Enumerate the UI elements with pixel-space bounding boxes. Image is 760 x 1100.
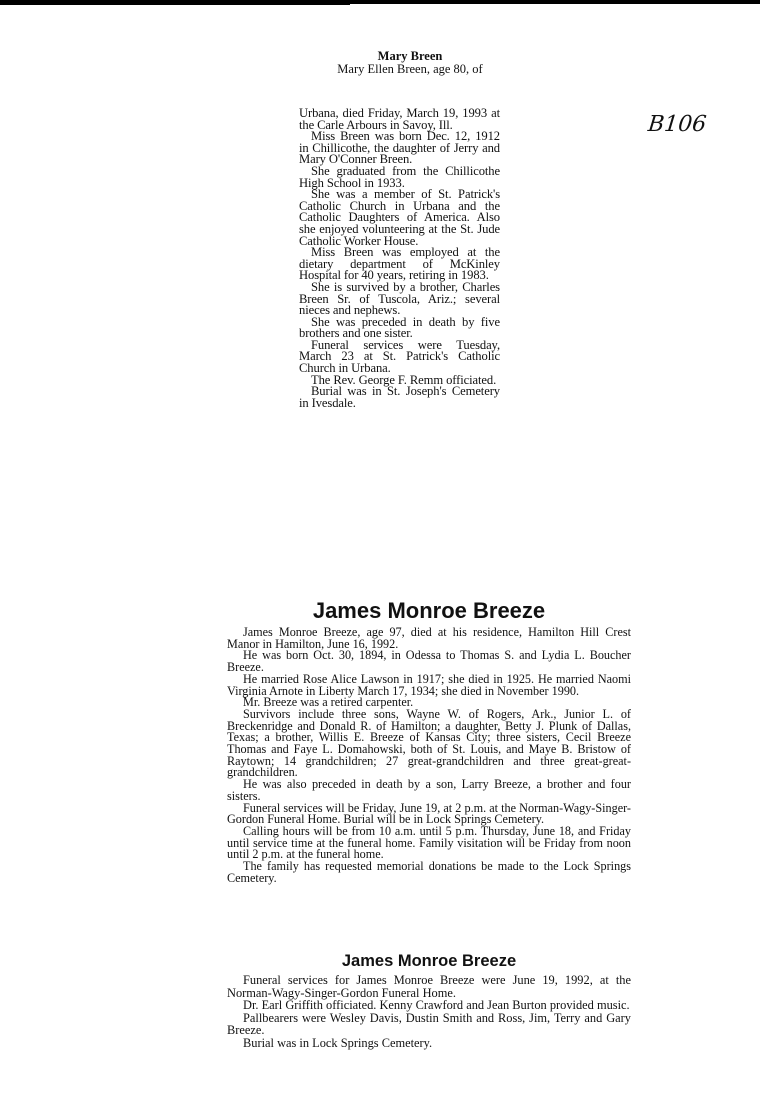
obituary-paragraph: She was a member of St. Patrick's Cathol… (299, 189, 500, 247)
obituary-paragraph: Burial was in St. Joseph's Cemetery in I… (299, 386, 500, 409)
obituary-paragraph: The family has requested memorial donati… (227, 861, 631, 884)
scan-border-segment (500, 0, 760, 3)
funeral-notice-headline: James Monroe Breeze (227, 951, 631, 971)
obituary-paragraph: Funeral services were Tuesday, March 23 … (299, 340, 500, 375)
obituary-paragraph: Calling hours will be from 10 a.m. until… (227, 826, 631, 861)
obituary-paragraph: He was also preceded in death by a son, … (227, 779, 631, 802)
obituary-paragraph: Funeral services will be Friday, June 19… (227, 803, 631, 826)
scan-top-border (0, 0, 760, 4)
obituary-paragraph: He married Rose Alice Lawson in 1917; sh… (227, 674, 631, 697)
obituary-paragraph: Miss Breen was born Dec. 12, 1912 in Chi… (299, 131, 500, 166)
funeral-paragraph: Dr. Earl Griffith officiated. Kenny Craw… (227, 999, 631, 1012)
obituary-headline: James Monroe Breeze (227, 598, 631, 624)
mary-breen-header: Mary Breen Mary Ellen Breen, age 80, of (290, 50, 530, 76)
james-breeze-obituary: James Monroe Breeze James Monroe Breeze,… (227, 598, 631, 884)
obituary-paragraph: James Monroe Breeze, age 97, died at his… (227, 627, 631, 650)
obituary-paragraph: She is survived by a brother, Charles Br… (299, 282, 500, 317)
mary-breen-obituary: Urbana, died Friday, March 19, 1993 at t… (299, 108, 500, 409)
obituary-paragraph: Urbana, died Friday, March 19, 1993 at t… (299, 108, 500, 131)
james-breeze-funeral-notice: James Monroe Breeze Funeral services for… (227, 951, 631, 1049)
handwritten-page-number: B106 (647, 112, 708, 137)
funeral-paragraph: Burial was in Lock Springs Cemetery. (227, 1037, 631, 1050)
obituary-paragraph: He was born Oct. 30, 1894, in Odessa to … (227, 650, 631, 673)
scan-border-segment (0, 0, 350, 5)
funeral-paragraph: Funeral services for James Monroe Breeze… (227, 974, 631, 999)
obituary-paragraph: Survivors include three sons, Wayne W. o… (227, 709, 631, 779)
obituary-paragraph: Miss Breen was employed at the dietary d… (299, 247, 500, 282)
obituary-paragraph: She graduated from the Chillicothe High … (299, 166, 500, 189)
mary-breen-lead: Mary Ellen Breen, age 80, of (290, 63, 530, 76)
obituary-paragraph: She was preceded in death by five brothe… (299, 317, 500, 340)
funeral-paragraph: Pallbearers were Wesley Davis, Dustin Sm… (227, 1012, 631, 1037)
